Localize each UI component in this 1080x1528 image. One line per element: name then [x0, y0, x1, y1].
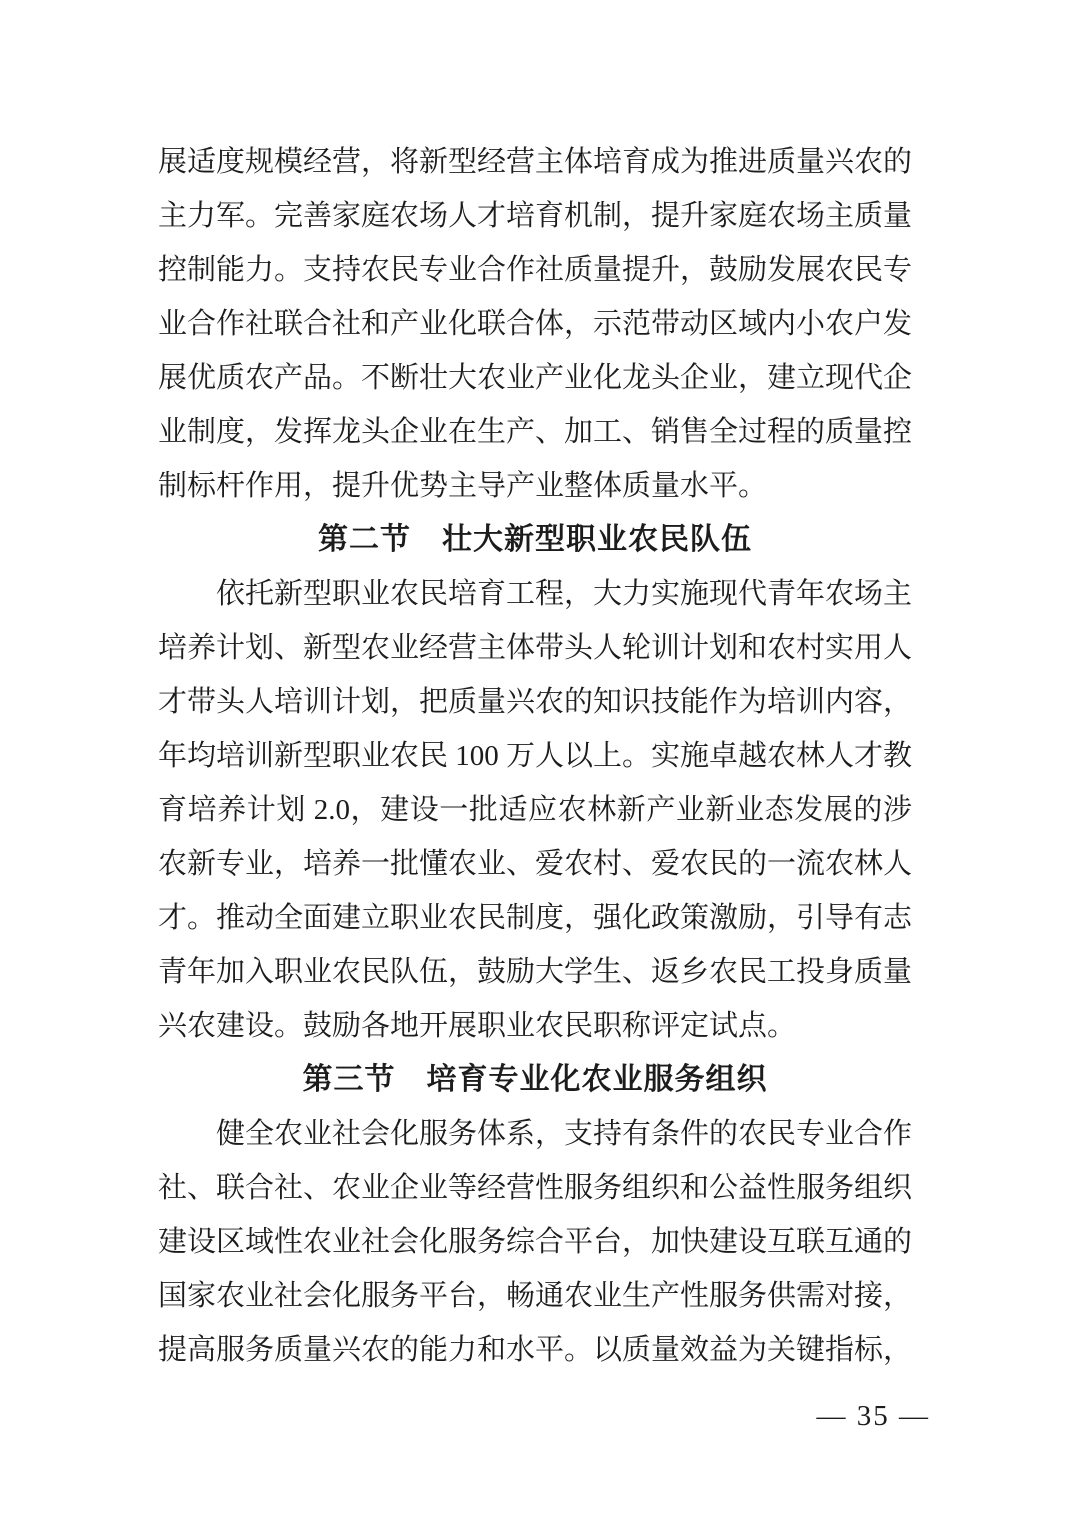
paragraph-section-2: 依托新型职业农民培育工程，大力实施现代青年农场主培养计划、新型农业经营主体带头人…	[158, 567, 912, 1053]
document-page: 展适度规模经营，将新型经营主体培育成为推进质量兴农的主力军。完善家庭农场人才培育…	[0, 0, 1080, 1528]
page-number: — 35 —	[817, 1396, 931, 1436]
section-heading-2: 第二节 壮大新型职业农民队伍	[158, 513, 912, 567]
paragraph-continuation: 展适度规模经营，将新型经营主体培育成为推进质量兴农的主力军。完善家庭农场人才培育…	[158, 135, 912, 513]
document-body: 展适度规模经营，将新型经营主体培育成为推进质量兴农的主力军。完善家庭农场人才培育…	[158, 135, 912, 1377]
paragraph-section-3: 健全农业社会化服务体系，支持有条件的农民专业合作社、联合社、农业企业等经营性服务…	[158, 1107, 912, 1377]
section-heading-3: 第三节 培育专业化农业服务组织	[158, 1053, 912, 1107]
